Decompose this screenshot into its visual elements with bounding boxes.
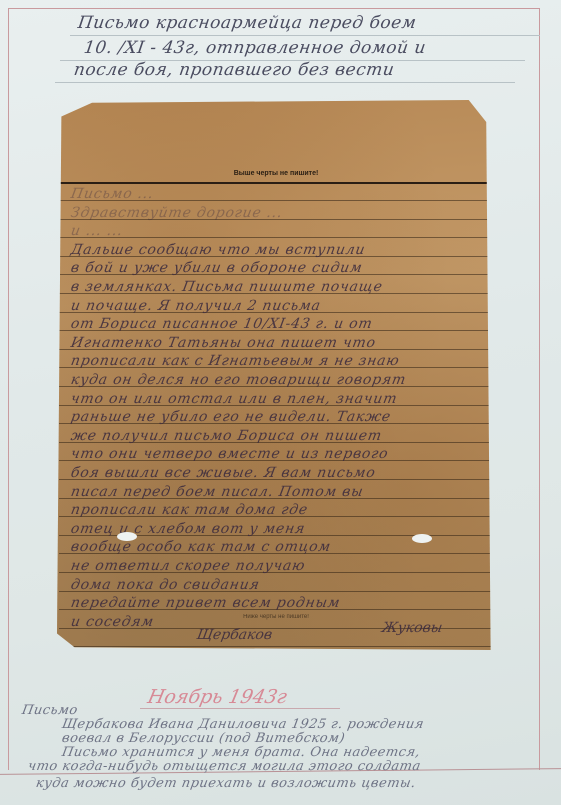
letter-line: что они четверо вместе и из первого <box>70 446 390 462</box>
caption-line-6: куда можно будет приехать и возложить цв… <box>35 776 417 791</box>
caption-line-2: Щербакова Ивана Даниловича 1925 г. рожде… <box>61 717 426 732</box>
letter-line: отец и с хлебом вот у меня <box>70 521 307 537</box>
letter-line: что он или отстал или в плен, значит <box>70 391 399 407</box>
date-underline <box>140 708 340 709</box>
heading-line-3: после боя, пропавшего без вести <box>73 60 396 80</box>
letter-line: раньше не убило его не видели. Также <box>70 409 393 425</box>
letter-line: в бой и уже убили в обороне сидим <box>70 260 364 276</box>
heading-line-1: Письмо красноармейца перед боем <box>77 13 418 33</box>
ruled-line <box>70 35 540 36</box>
album-page: Письмо красноармейца перед боем 10. /XI … <box>0 0 561 805</box>
letter-line: Письмо ... <box>70 186 155 202</box>
letter-line: от Бориса писанное 10/XI-43 г. и от <box>70 316 374 332</box>
caption-line-1: Письмо <box>21 703 79 718</box>
letter-line: вообще особо как там с отцом <box>70 539 333 555</box>
letter-line: боя вышли все живые. Я вам письмо <box>70 465 377 481</box>
letter-line: прописали как с Игнатьевым я не знаю <box>70 353 401 369</box>
letter-line: Дальше сообщаю что мы вступили <box>70 242 367 258</box>
letter-line: дома пока до свидания <box>70 577 261 593</box>
letter-line: Игнатенко Татьяны она пишет что <box>70 335 378 351</box>
letter-rule <box>59 237 493 238</box>
letter-line: куда он делся но его товарищи говорят <box>70 372 408 388</box>
wartime-letter: Выше черты не пишите! Письмо ...Здравств… <box>57 100 495 650</box>
letter-line: писал перед боем писал. Потом вы <box>70 484 365 500</box>
letter-line: передайте привет всем родным <box>70 595 342 611</box>
header-rule <box>57 182 495 184</box>
letter-rule <box>59 646 493 647</box>
caption-line-4: Письмо хранится у меня брата. Она надеет… <box>61 745 422 760</box>
letter-line: же получил письмо Бориса он пишет <box>70 428 384 444</box>
caption-line-3: воевал в Белоруссии (под Витебском) <box>61 731 347 746</box>
caption-line-5: что когда-нибудь отыщется могила этого с… <box>27 759 422 774</box>
heading-line-2: 10. /XI - 43г, отправленное домой и <box>83 38 428 58</box>
letter-line: прописали как там дома где <box>70 502 310 518</box>
signature-left: Щербаков <box>196 627 274 643</box>
paper-hole <box>117 532 137 541</box>
signature-right: Жуковы <box>381 620 444 636</box>
letter-line: и ... ... <box>70 223 125 239</box>
ruled-line <box>55 82 515 83</box>
letter-line: в землянках. Письма пишите почаще <box>70 279 384 295</box>
date-stamp: Ноябрь 1943г <box>146 686 289 708</box>
printed-header: Выше черты не пишите! <box>57 170 495 177</box>
letter-line: не ответил скорее получаю <box>70 558 307 574</box>
letter-line: и почаще. Я получил 2 письма <box>70 298 323 314</box>
letter-line: Здравствуйте дорогие ... <box>70 205 284 221</box>
paper-hole <box>412 534 432 543</box>
